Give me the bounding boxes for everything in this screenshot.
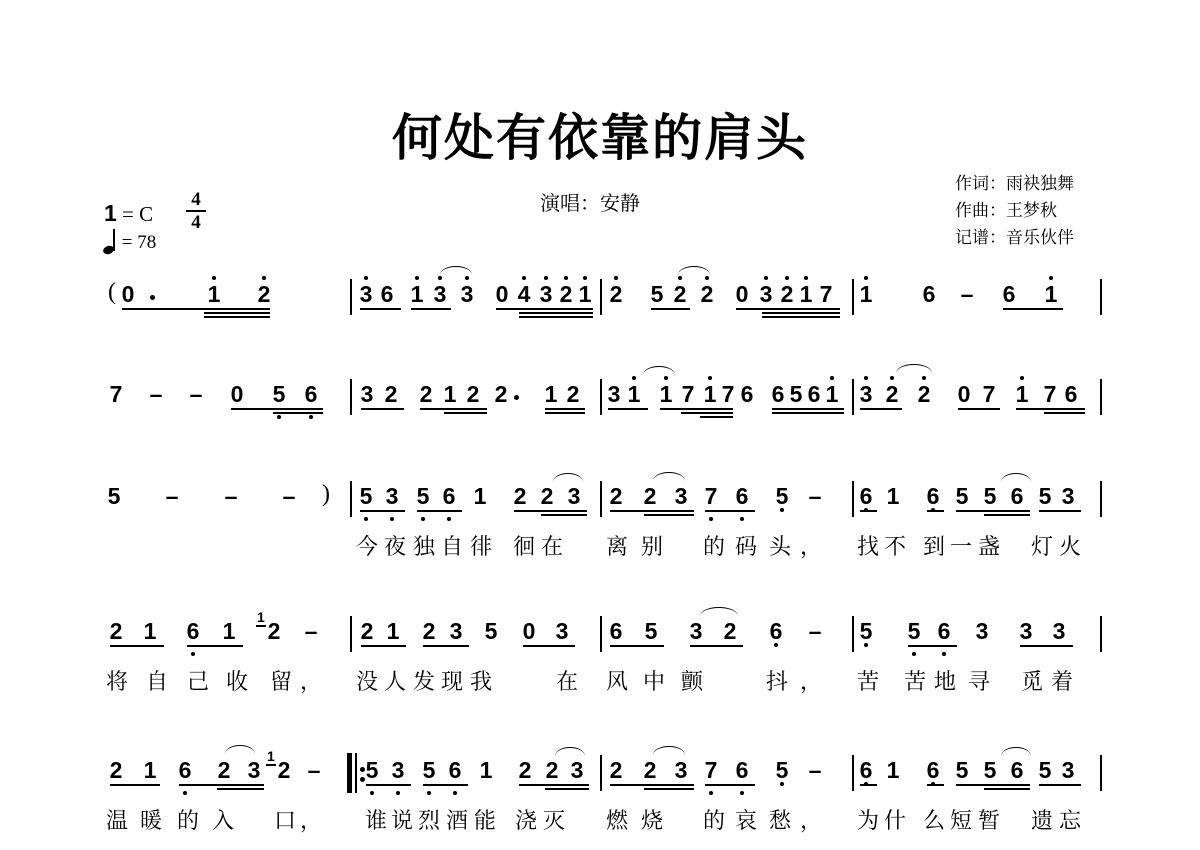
- beam-underline: [541, 514, 587, 516]
- note: 3: [606, 383, 622, 406]
- note: 3: [384, 485, 400, 508]
- lyric-char: ，: [300, 809, 322, 833]
- lyric-char: 抖: [766, 670, 788, 694]
- lyric-char: 在: [541, 535, 563, 559]
- lyric-char: 浇: [515, 809, 537, 833]
- lyric-char: 人: [384, 670, 406, 694]
- barline: [852, 279, 854, 315]
- lyric-char: 愁: [769, 809, 791, 833]
- note: 2: [108, 620, 124, 643]
- beam-underline: [545, 412, 585, 414]
- beam-underline: [644, 788, 694, 790]
- lyric-char: 为: [857, 809, 879, 833]
- beam-underline: [927, 510, 944, 512]
- beam-underline: [984, 788, 1030, 790]
- high-octave-dot: [708, 376, 712, 380]
- note: 5: [483, 620, 499, 643]
- augmentation-dot: [150, 295, 155, 300]
- low-octave-dot: [277, 415, 281, 419]
- note: 7: [981, 383, 997, 406]
- barline: [852, 379, 854, 415]
- lyric-char: 苦: [857, 670, 879, 694]
- note: 2: [699, 283, 715, 306]
- low-octave-dot: [740, 517, 744, 521]
- note: 7: [703, 485, 719, 508]
- note: 2: [916, 383, 932, 406]
- note: 2: [276, 759, 292, 782]
- lyric-char: 别: [641, 535, 663, 559]
- lyric-char: 的: [177, 809, 199, 833]
- note: 1: [658, 383, 674, 406]
- sustain-dash: –: [188, 383, 204, 406]
- lyric-char: 忘: [1059, 809, 1081, 833]
- note: 5: [774, 485, 790, 508]
- slur-arc: [1001, 473, 1031, 482]
- low-octave-dot: [183, 791, 187, 795]
- note: 2: [517, 759, 533, 782]
- lyric-char: ，: [800, 670, 822, 694]
- beam-underline: [204, 316, 270, 318]
- barline: [852, 755, 854, 791]
- high-octave-dot: [664, 376, 668, 380]
- high-octave-dot: [678, 276, 682, 280]
- beam-underline: [187, 645, 243, 647]
- note: 5: [982, 485, 998, 508]
- lyric-char: 灭: [543, 809, 565, 833]
- beam-underline: [690, 645, 743, 647]
- low-octave-dot: [191, 652, 195, 656]
- low-octave-dot: [780, 782, 784, 786]
- note: 6: [1009, 759, 1025, 782]
- lyric-char: 么: [923, 809, 945, 833]
- slur-arc: [653, 746, 685, 755]
- beam-underline: [1003, 308, 1063, 310]
- slur-arc: [896, 364, 932, 373]
- low-octave-dot: [912, 652, 916, 656]
- slur-arc: [678, 266, 710, 275]
- beam-underline: [958, 408, 1000, 410]
- barline: [600, 616, 602, 652]
- high-octave-dot: [544, 276, 548, 280]
- note: 3: [1060, 485, 1076, 508]
- note: 3: [688, 620, 704, 643]
- lyric-char: 灯: [1031, 535, 1053, 559]
- sustain-dash: –: [807, 485, 823, 508]
- note: 6: [608, 620, 624, 643]
- note: 3: [459, 283, 475, 306]
- beam-underline: [927, 784, 944, 786]
- low-octave-dot: [453, 791, 457, 795]
- lyric-char: 一: [950, 535, 972, 559]
- sustain-dash: –: [959, 283, 975, 306]
- lyric-char: 徘: [470, 535, 492, 559]
- note: 7: [703, 759, 719, 782]
- note: 1: [385, 620, 401, 643]
- note: 2: [722, 620, 738, 643]
- lyric-char: 徊: [513, 535, 535, 559]
- high-octave-dot: [804, 276, 808, 280]
- lyric-char: 今: [356, 535, 378, 559]
- beam-underline: [110, 645, 164, 647]
- beam-underline: [360, 510, 405, 512]
- beam-underline: [644, 514, 694, 516]
- beam-underline: [860, 510, 877, 512]
- note: 2: [884, 383, 900, 406]
- low-octave-dot: [740, 791, 744, 795]
- beam-underline: [423, 784, 468, 786]
- barline: [1100, 379, 1102, 415]
- barline: [852, 481, 854, 517]
- note: 6: [806, 383, 822, 406]
- barline: [600, 379, 602, 415]
- lyric-char: 不: [884, 535, 906, 559]
- note: 2: [266, 620, 282, 643]
- note: 2: [608, 759, 624, 782]
- note: 7: [680, 383, 696, 406]
- note: 4: [516, 283, 532, 306]
- beam-underline: [1044, 412, 1085, 414]
- note: 2: [383, 383, 399, 406]
- note: 1: [577, 283, 593, 306]
- note: 2: [465, 383, 481, 406]
- note: 6: [858, 485, 874, 508]
- note: 2: [642, 759, 658, 782]
- note: 3: [569, 759, 585, 782]
- note: 0: [494, 283, 510, 306]
- note: 2: [608, 283, 624, 306]
- note: 2: [539, 485, 555, 508]
- note: 1: [858, 283, 874, 306]
- low-octave-dot: [709, 517, 713, 521]
- low-octave-dot: [370, 791, 374, 795]
- repeat-barline-thin: [355, 753, 357, 793]
- note: 3: [554, 620, 570, 643]
- lyric-char: 中: [643, 670, 665, 694]
- note: 7: [108, 383, 124, 406]
- lyric-char: 找: [857, 535, 879, 559]
- note: 6: [1001, 283, 1017, 306]
- note: 1: [472, 485, 488, 508]
- lyric-char: 的: [703, 535, 725, 559]
- beam-underline: [420, 408, 487, 410]
- high-octave-dot: [415, 276, 419, 280]
- note: 5: [643, 620, 659, 643]
- note: 2: [544, 759, 560, 782]
- note: 6: [925, 759, 941, 782]
- lyric-char: 头: [769, 535, 791, 559]
- beam-underline: [217, 788, 264, 790]
- note: 6: [858, 759, 874, 782]
- beam-underline: [772, 412, 844, 414]
- beam-underline: [956, 510, 1030, 512]
- beam-underline: [496, 308, 593, 310]
- beam-underline: [762, 316, 840, 318]
- lyric-char: 能: [474, 809, 496, 833]
- note: 2: [779, 283, 795, 306]
- note: 6: [734, 485, 750, 508]
- note: 1: [206, 283, 222, 306]
- lyric-char: 没: [356, 670, 378, 694]
- beam-underline: [681, 412, 733, 414]
- note: 1: [702, 383, 718, 406]
- high-octave-dot: [1020, 376, 1024, 380]
- low-octave-dot: [447, 517, 451, 521]
- note: 2: [418, 383, 434, 406]
- lyric-char: 风: [606, 670, 628, 694]
- note: 1: [885, 485, 901, 508]
- beam-underline: [545, 408, 585, 410]
- open-parenthesis: (: [108, 279, 116, 306]
- lyric-char: 现: [441, 670, 463, 694]
- note: 3: [1018, 620, 1034, 643]
- high-octave-dot: [890, 376, 894, 380]
- barline: [852, 616, 854, 652]
- lyric-char: 烈: [418, 809, 440, 833]
- note: 6: [185, 620, 201, 643]
- lyric-char: 烧: [641, 809, 663, 833]
- note: 2: [359, 620, 375, 643]
- note: 3: [359, 383, 375, 406]
- note: 2: [256, 283, 272, 306]
- lyric-char: ，: [800, 535, 822, 559]
- beam-underline: [610, 510, 694, 512]
- beam-underline: [545, 788, 589, 790]
- note: 0: [229, 383, 245, 406]
- note: 3: [448, 620, 464, 643]
- repeat-barline-thick: [347, 753, 352, 793]
- lyric-char: 温: [106, 809, 128, 833]
- lyric-char: 说: [391, 809, 413, 833]
- barline: [1100, 279, 1102, 315]
- note: 5: [982, 759, 998, 782]
- note: 1: [1014, 383, 1030, 406]
- lyric-char: 寻: [968, 670, 990, 694]
- low-octave-dot: [421, 517, 425, 521]
- sustain-dash: –: [164, 485, 180, 508]
- beam-underline: [705, 784, 755, 786]
- beam-underline: [1016, 408, 1085, 410]
- low-octave-dot: [396, 791, 400, 795]
- note: 3: [566, 485, 582, 508]
- low-octave-dot: [864, 643, 868, 647]
- sustain-dash: –: [306, 759, 322, 782]
- beam-underline: [366, 784, 411, 786]
- lyric-char: 到: [923, 535, 945, 559]
- beam-underline: [956, 784, 1030, 786]
- barline: [350, 379, 352, 415]
- lyric-char: 燃: [606, 809, 628, 833]
- lyric-char: 自: [441, 535, 463, 559]
- note: 6: [936, 620, 952, 643]
- high-octave-dot: [564, 276, 568, 280]
- lyric-char: 盏: [978, 535, 1000, 559]
- note: 2: [421, 620, 437, 643]
- lyric-char: 独: [413, 535, 435, 559]
- slur-arc: [225, 745, 255, 754]
- note: 2: [608, 485, 624, 508]
- beam-underline: [231, 408, 323, 410]
- beam-underline: [736, 308, 840, 310]
- note: 1: [543, 383, 559, 406]
- slur-arc: [440, 266, 472, 275]
- note: 0: [120, 283, 136, 306]
- sustain-dash: –: [807, 759, 823, 782]
- lyric-char: ，: [300, 670, 322, 694]
- lyric-char: 入: [212, 809, 234, 833]
- lyric-char: 苦: [904, 670, 926, 694]
- barline: [600, 279, 602, 315]
- barline: [1100, 481, 1102, 517]
- sustain-dash: –: [223, 485, 239, 508]
- note: 3: [858, 383, 874, 406]
- beam-underline: [444, 412, 487, 414]
- low-octave-dot: [390, 517, 394, 521]
- slur-arc: [643, 366, 675, 375]
- lyric-char: 地: [934, 670, 956, 694]
- note: 1: [142, 759, 158, 782]
- note: 6: [770, 383, 786, 406]
- augmentation-dot: [514, 395, 519, 400]
- sustain-dash: –: [148, 383, 164, 406]
- note: 5: [364, 759, 380, 782]
- beam-underline: [908, 645, 957, 647]
- barline: [350, 279, 352, 315]
- note: 1: [626, 383, 642, 406]
- note: 5: [1037, 759, 1053, 782]
- sustain-dash: –: [807, 620, 823, 643]
- barline: [1100, 616, 1102, 652]
- note: 1: [409, 283, 425, 306]
- note: 5: [415, 485, 431, 508]
- note: 2: [565, 383, 581, 406]
- note: 1: [142, 620, 158, 643]
- high-octave-dot: [705, 276, 709, 280]
- lyric-char: 的: [703, 809, 725, 833]
- lyric-char: 将: [106, 670, 128, 694]
- note: 6: [447, 759, 463, 782]
- high-octave-dot: [438, 276, 442, 280]
- beam-underline: [860, 784, 877, 786]
- low-octave-dot: [709, 791, 713, 795]
- high-octave-dot: [364, 276, 368, 280]
- note: 3: [538, 283, 554, 306]
- beam-underline: [860, 408, 902, 410]
- note: 1: [478, 759, 494, 782]
- lyric-char: 己: [187, 670, 209, 694]
- low-octave-dot: [780, 508, 784, 512]
- beam-underline: [700, 416, 733, 418]
- close-parenthesis: ): [322, 481, 330, 508]
- sustain-dash: –: [303, 620, 319, 643]
- score-body: (012361330432125220321716–617––056322122…: [0, 0, 1200, 850]
- lyric-char: 暖: [140, 809, 162, 833]
- slur-arc: [1001, 747, 1031, 756]
- note: 5: [106, 485, 122, 508]
- lyric-char: 觅: [1021, 670, 1043, 694]
- lyric-char: 口: [274, 809, 296, 833]
- note: 3: [758, 283, 774, 306]
- high-octave-dot: [830, 376, 834, 380]
- lyric-char: 我: [470, 670, 492, 694]
- note: 2: [642, 485, 658, 508]
- low-octave-dot: [427, 791, 431, 795]
- note: 3: [390, 759, 406, 782]
- lyric-char: 哀: [735, 809, 757, 833]
- beam-underline: [360, 308, 401, 310]
- note: 6: [734, 759, 750, 782]
- low-octave-dot: [942, 652, 946, 656]
- note: 5: [788, 383, 804, 406]
- high-octave-dot: [1049, 276, 1053, 280]
- beam-underline: [519, 312, 593, 314]
- barline: [350, 481, 352, 517]
- grace-note: 1: [267, 749, 275, 763]
- note: 6: [768, 620, 784, 643]
- lyric-char: 酒: [446, 809, 468, 833]
- beam-underline: [423, 645, 469, 647]
- beam-underline: [705, 510, 755, 512]
- note: 7: [720, 383, 736, 406]
- note: 3: [974, 620, 990, 643]
- note: 6: [925, 485, 941, 508]
- note: 6: [1009, 485, 1025, 508]
- note: 5: [774, 759, 790, 782]
- low-octave-dot: [364, 517, 368, 521]
- lyric-char: 离: [606, 535, 628, 559]
- high-octave-dot: [262, 276, 266, 280]
- note: 5: [421, 759, 437, 782]
- note: 1: [221, 620, 237, 643]
- barline: [600, 755, 602, 791]
- high-octave-dot: [465, 276, 469, 280]
- note: 5: [649, 283, 665, 306]
- sustain-dash: –: [281, 485, 297, 508]
- beam-underline: [204, 312, 270, 314]
- note: 5: [858, 620, 874, 643]
- lyric-char: 自: [146, 670, 168, 694]
- barline: [600, 481, 602, 517]
- lyric-char: 留: [270, 670, 292, 694]
- high-octave-dot: [522, 276, 526, 280]
- note: 7: [1042, 383, 1058, 406]
- beam-underline: [610, 784, 694, 786]
- beam-underline: [523, 645, 575, 647]
- beam-underline: [361, 408, 404, 410]
- lyric-char: 暂: [978, 809, 1000, 833]
- grace-note-bar: [256, 625, 266, 627]
- lyric-char: 码: [735, 535, 757, 559]
- note: 3: [358, 283, 374, 306]
- lyric-char: ，: [800, 809, 822, 833]
- beam-underline: [519, 316, 593, 318]
- beam-underline: [610, 645, 664, 647]
- high-octave-dot: [864, 276, 868, 280]
- beam-underline: [772, 408, 844, 410]
- note: 3: [673, 759, 689, 782]
- note: 5: [1037, 485, 1053, 508]
- high-octave-dot: [785, 276, 789, 280]
- note: 3: [1060, 759, 1076, 782]
- lyric-char: 在: [556, 670, 578, 694]
- note: 2: [512, 485, 528, 508]
- slur-arc: [555, 747, 585, 756]
- note: 5: [271, 383, 287, 406]
- note: 1: [885, 759, 901, 782]
- note: 2: [493, 383, 509, 406]
- high-octave-dot: [212, 276, 216, 280]
- high-octave-dot: [614, 276, 618, 280]
- note: 5: [954, 759, 970, 782]
